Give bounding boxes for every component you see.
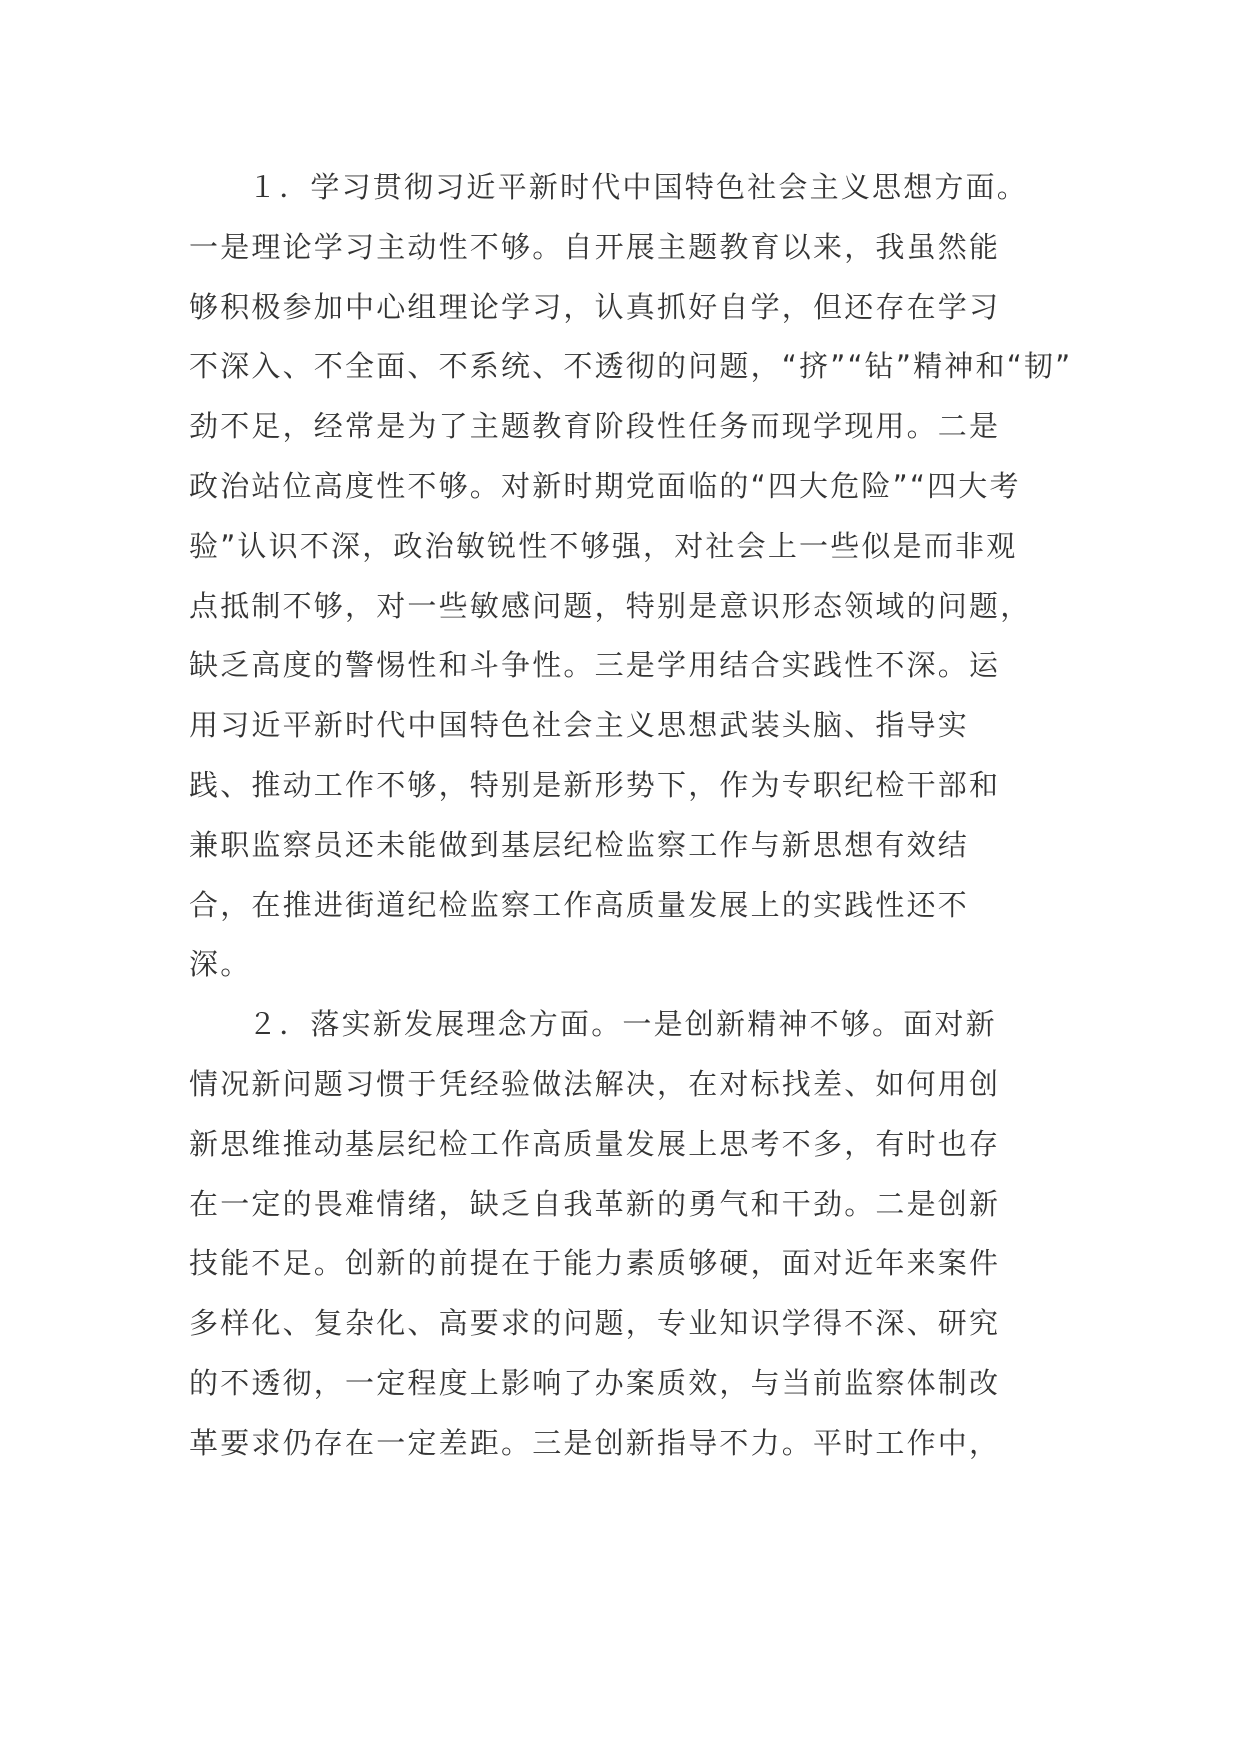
paragraph-line: ２．落实新发展理念方面。一是创新精神不够。面对新 [189, 995, 1069, 1055]
paragraph-line: 政治站位高度性不够。对新时期党面临的“四大危险”“四大考 [189, 457, 1069, 517]
paragraph-line: 劲不足，经常是为了主题教育阶段性任务而现学现用。二是 [189, 397, 1069, 457]
paragraph-line: 践、推动工作不够，特别是新形势下，作为专职纪检干部和 [189, 756, 1069, 816]
paragraph-line: 新思维推动基层纪检工作高质量发展上思考不多，有时也存 [189, 1115, 1069, 1175]
paragraph-section-2: ２．落实新发展理念方面。一是创新精神不够。面对新 情况新问题习惯于凭经验做法解决… [189, 995, 1069, 1473]
paragraph-line: 点抵制不够，对一些敏感问题，特别是意识形态领域的问题， [189, 577, 1069, 637]
paragraph-line: 验”认识不深，政治敏锐性不够强，对社会上一些似是而非观 [189, 517, 1069, 577]
paragraph-line: 革要求仍存在一定差距。三是创新指导不力。平时工作中， [189, 1414, 1069, 1474]
paragraph-line: 够积极参加中心组理论学习，认真抓好自学，但还存在学习 [189, 278, 1069, 338]
paragraph-line: １．学习贯彻习近平新时代中国特色社会主义思想方面。 [189, 158, 1069, 218]
paragraph-line: 深。 [189, 935, 1069, 995]
paragraph-line: 技能不足。创新的前提在于能力素质够硬，面对近年来案件 [189, 1234, 1069, 1294]
paragraph-line: 缺乏高度的警惕性和斗争性。三是学用结合实践性不深。运 [189, 636, 1069, 696]
paragraph-line: 兼职监察员还未能做到基层纪检监察工作与新思想有效结 [189, 816, 1069, 876]
paragraph-line: 不深入、不全面、不系统、不透彻的问题，“挤”“钻”精神和“韧” [189, 337, 1069, 397]
paragraph-line: 情况新问题习惯于凭经验做法解决，在对标找差、如何用创 [189, 1055, 1069, 1115]
paragraph-line: 一是理论学习主动性不够。自开展主题教育以来，我虽然能 [189, 218, 1069, 278]
paragraph-line: 合，在推进街道纪检监察工作高质量发展上的实践性还不 [189, 876, 1069, 936]
paragraph-line: 用习近平新时代中国特色社会主义思想武装头脑、指导实 [189, 696, 1069, 756]
paragraph-line: 在一定的畏难情绪，缺乏自我革新的勇气和干劲。二是创新 [189, 1175, 1069, 1235]
paragraph-section-1: １．学习贯彻习近平新时代中国特色社会主义思想方面。 一是理论学习主动性不够。自开… [189, 158, 1069, 995]
paragraph-line: 多样化、复杂化、高要求的问题，专业知识学得不深、研究 [189, 1294, 1069, 1354]
document-body: １．学习贯彻习近平新时代中国特色社会主义思想方面。 一是理论学习主动性不够。自开… [189, 158, 1069, 1474]
document-page: １．学习贯彻习近平新时代中国特色社会主义思想方面。 一是理论学习主动性不够。自开… [0, 0, 1241, 1755]
paragraph-line: 的不透彻，一定程度上影响了办案质效，与当前监察体制改 [189, 1354, 1069, 1414]
